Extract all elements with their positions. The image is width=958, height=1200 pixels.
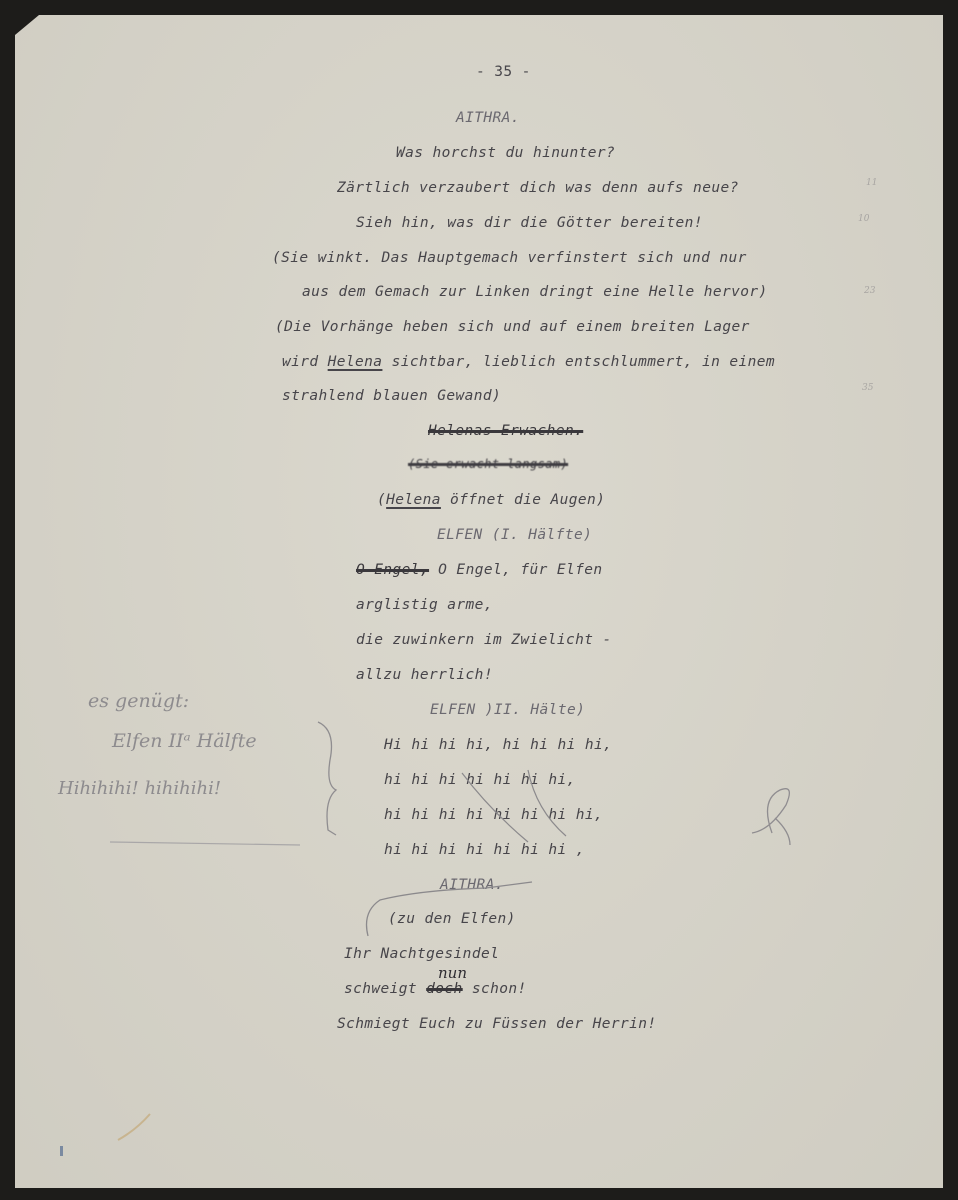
verse-line: hi hi hi hi hi hi hi,	[384, 772, 576, 788]
character-name: Helena	[328, 354, 383, 370]
stage-direction-text: sichtbar, lieblich entschlummert, in ein…	[382, 354, 775, 370]
verse-line: arglistig arme,	[356, 597, 493, 613]
verse-line: hi hi hi hi hi hi hi hi,	[384, 807, 603, 823]
paren: (	[377, 492, 386, 508]
margin-number: 35	[862, 383, 873, 393]
stage-direction-text: öffnet die Augen)	[441, 492, 605, 508]
stage-direction: wird Helena sichtbar, lieblich entschlum…	[282, 354, 775, 370]
character-name: Helena	[386, 492, 441, 508]
struck-text: O Engel,	[356, 562, 429, 578]
speaker-heading: AITHRA.	[440, 877, 504, 893]
handwritten-note-line: Hihihihi! hihihihi!	[58, 778, 221, 799]
verse-line: die zuwinkern im Zwielicht -	[356, 632, 612, 648]
margin-number: 23	[864, 286, 875, 296]
stage-direction: (zu den Elfen)	[388, 911, 516, 927]
struck-text: doch	[426, 981, 463, 997]
stage-direction-text: wird	[282, 354, 328, 370]
verse-line: hi hi hi hi hi hi hi ,	[384, 842, 585, 858]
verse-line: Hi hi hi hi, hi hi hi hi,	[384, 737, 612, 753]
handwritten-insertion: nun	[438, 964, 467, 982]
verse-text: O Engel, für Elfen	[429, 562, 602, 578]
verse-text: schweigt	[344, 981, 426, 997]
struck-heading: Helenas Erwachen.	[428, 423, 583, 439]
stage-direction: (Helena öffnet die Augen)	[377, 492, 605, 508]
handwritten-note-line: Elfen IIᵃ Hälfte	[112, 730, 257, 752]
verse-line: Zärtlich verzaubert dich was denn aufs n…	[337, 180, 739, 196]
verse-line: O Engel, O Engel, für Elfen	[356, 562, 603, 578]
verse-text: schon!	[463, 981, 527, 997]
verse-line: Schmiegt Euch zu Füssen der Herrin!	[337, 1016, 657, 1032]
stage-direction: aus dem Gemach zur Linken dringt eine He…	[302, 284, 768, 300]
verse-line: Ihr Nachtgesindel	[344, 946, 499, 962]
margin-number: 10	[858, 214, 869, 224]
stage-direction: (Die Vorhänge heben sich und auf einem b…	[275, 319, 750, 335]
speaker-heading: ELFEN )II. Hälte)	[430, 702, 585, 718]
verse-line: Was horchst du hinunter?	[396, 145, 615, 161]
page-number: - 35 -	[476, 64, 531, 80]
speaker-heading: AITHRA.	[456, 110, 520, 126]
handwritten-note-line: es genügt:	[88, 690, 189, 712]
stage-direction: strahlend blauen Gewand)	[282, 388, 501, 404]
margin-number: 11	[866, 178, 877, 188]
stage-direction: (Sie winkt. Das Hauptgemach verfinstert …	[272, 250, 747, 266]
struck-direction: (Sie erwacht langsam)	[408, 457, 568, 471]
verse-line: allzu herrlich!	[356, 667, 493, 683]
verse-line: Sieh hin, was dir die Götter bereiten!	[356, 215, 703, 231]
speaker-heading: ELFEN (I. Hälfte)	[437, 527, 592, 543]
verse-line: schweigt doch schon!	[344, 981, 527, 997]
